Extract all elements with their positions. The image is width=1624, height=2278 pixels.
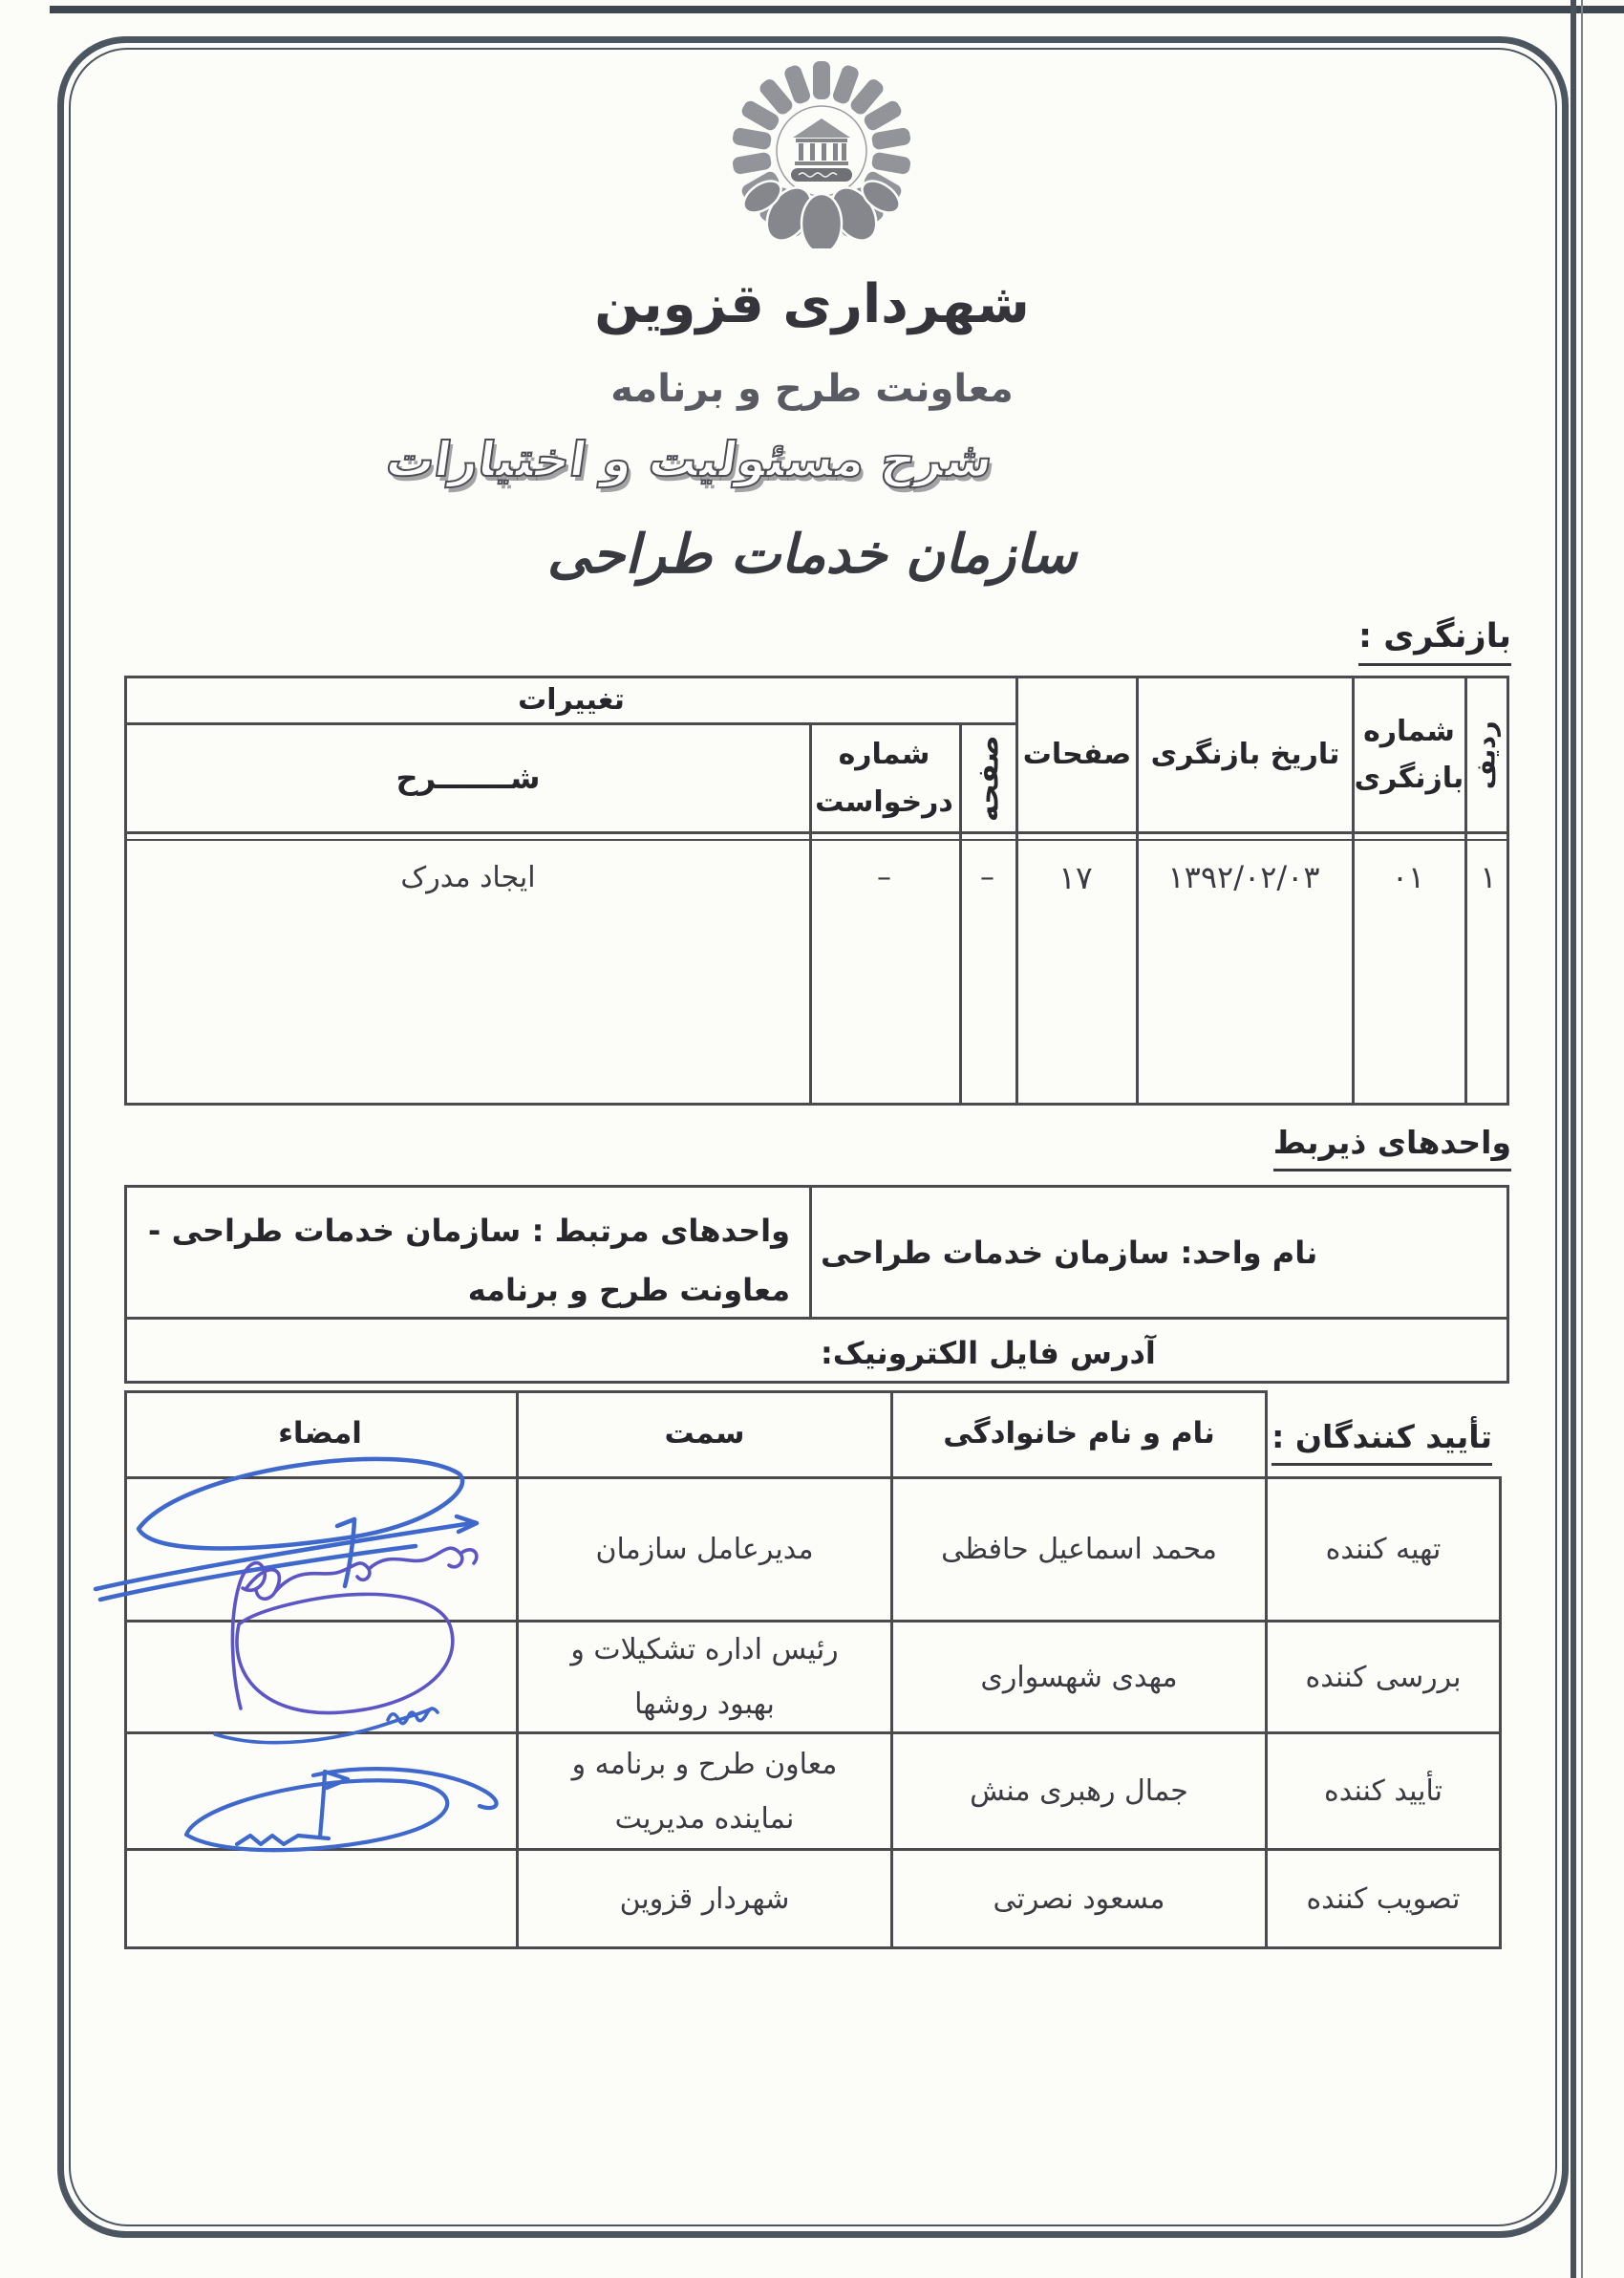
header-signature: امضاء	[124, 1390, 516, 1476]
scan-edge-right-thin	[1581, 0, 1583, 2278]
header-page: صفحه	[962, 725, 1015, 831]
header-full-name: نام و نام خانوادگی	[893, 1390, 1265, 1476]
related-units-heading: واحدهای ذیربط	[1273, 1124, 1511, 1171]
cell-role-preparer: تهیه کننده	[1268, 1479, 1499, 1620]
related-units-table: نام واحد: سازمان خدمات طراحی واحدهای مرت…	[124, 1185, 1509, 1384]
header-description: شـــــــرح	[127, 725, 809, 831]
header-revision-date: تاریخ بازنگری	[1139, 678, 1352, 831]
scanned-document-page: { "page": { "org_title": "شهرداری قزوین"…	[0, 0, 1624, 2278]
cell-revision-date: ۱۳۹۲/۰۲/۰۳	[1136, 852, 1352, 902]
grid-line	[809, 722, 812, 1103]
cell-name-2: مهدی شهسواری	[893, 1623, 1265, 1731]
org-title: شهرداری قزوین	[0, 273, 1624, 335]
header-changes: تغییرات	[127, 678, 1015, 722]
cell-position-4: شهردار قزوین	[519, 1851, 890, 1946]
header-pages: صفحات	[1018, 678, 1136, 831]
approvers-table: امضاء سمت نام و نام خانوادگی تهیه کننده …	[124, 1390, 1502, 1949]
cell-request-no: –	[809, 852, 959, 902]
cell-position-2: رئیس اداره تشکیلات و بهبود روشها	[538, 1623, 871, 1731]
cell-description: ایجاد مدرک	[127, 852, 809, 902]
header-request-no: شماره درخواست	[819, 725, 950, 831]
revision-section-heading: بازنگری :	[1358, 617, 1511, 666]
header-row-no: ردیف	[1467, 678, 1506, 831]
grid-line-double	[127, 839, 1506, 841]
cell-name-3: جمال رهبری منش	[893, 1734, 1265, 1848]
header-position: سمت	[519, 1390, 890, 1476]
cell-related-units: واحدهای مرتبط : سازمان خدمات طراحی - معا…	[148, 1201, 790, 1321]
grid-line	[1499, 1476, 1502, 1949]
municipality-logo	[724, 54, 919, 248]
scan-edge-right	[1571, 0, 1576, 2278]
cell-position-1: مدیرعامل سازمان	[519, 1479, 890, 1620]
cell-position-3: معاون طرح و برنامه و نماینده مدیریت	[538, 1734, 871, 1848]
grid-line	[124, 1946, 1502, 1949]
cell-name-4: مسعود نصرتی	[893, 1851, 1265, 1946]
cell-pages: ۱۷	[1015, 852, 1136, 902]
dept-title: معاونت طرح و برنامه	[0, 367, 1624, 411]
cell-row-no: ۱	[1464, 852, 1512, 902]
grid-line	[809, 1188, 812, 1317]
header-revision-no: شماره بازنگری	[1359, 678, 1459, 831]
scan-edge-top	[50, 6, 1624, 13]
cell-role-reviewer: بررسی کننده	[1268, 1623, 1499, 1731]
cell-page: –	[959, 852, 1015, 902]
unit-title: سازمان خدمات طراحی	[0, 524, 1624, 586]
cell-unit-name: نام واحد: سازمان خدمات طراحی	[821, 1188, 1480, 1317]
grid-line	[127, 831, 1506, 834]
revision-table: تغییرات شـــــــرح شماره درخواست صفحه صف…	[124, 676, 1509, 1106]
cell-name-1: محمد اسماعیل حافظی	[893, 1479, 1265, 1620]
cell-role-confirmer: تأیید کننده	[1268, 1734, 1499, 1848]
cell-revision-no: ۰۱	[1352, 852, 1464, 902]
doc-title-calligraphic: شرح مسئولیت و اختیارات	[0, 432, 1506, 487]
cell-role-ratifier: تصویب کننده	[1268, 1851, 1499, 1946]
cell-file-address: آدرس فایل الکترونیک:	[821, 1320, 1480, 1386]
